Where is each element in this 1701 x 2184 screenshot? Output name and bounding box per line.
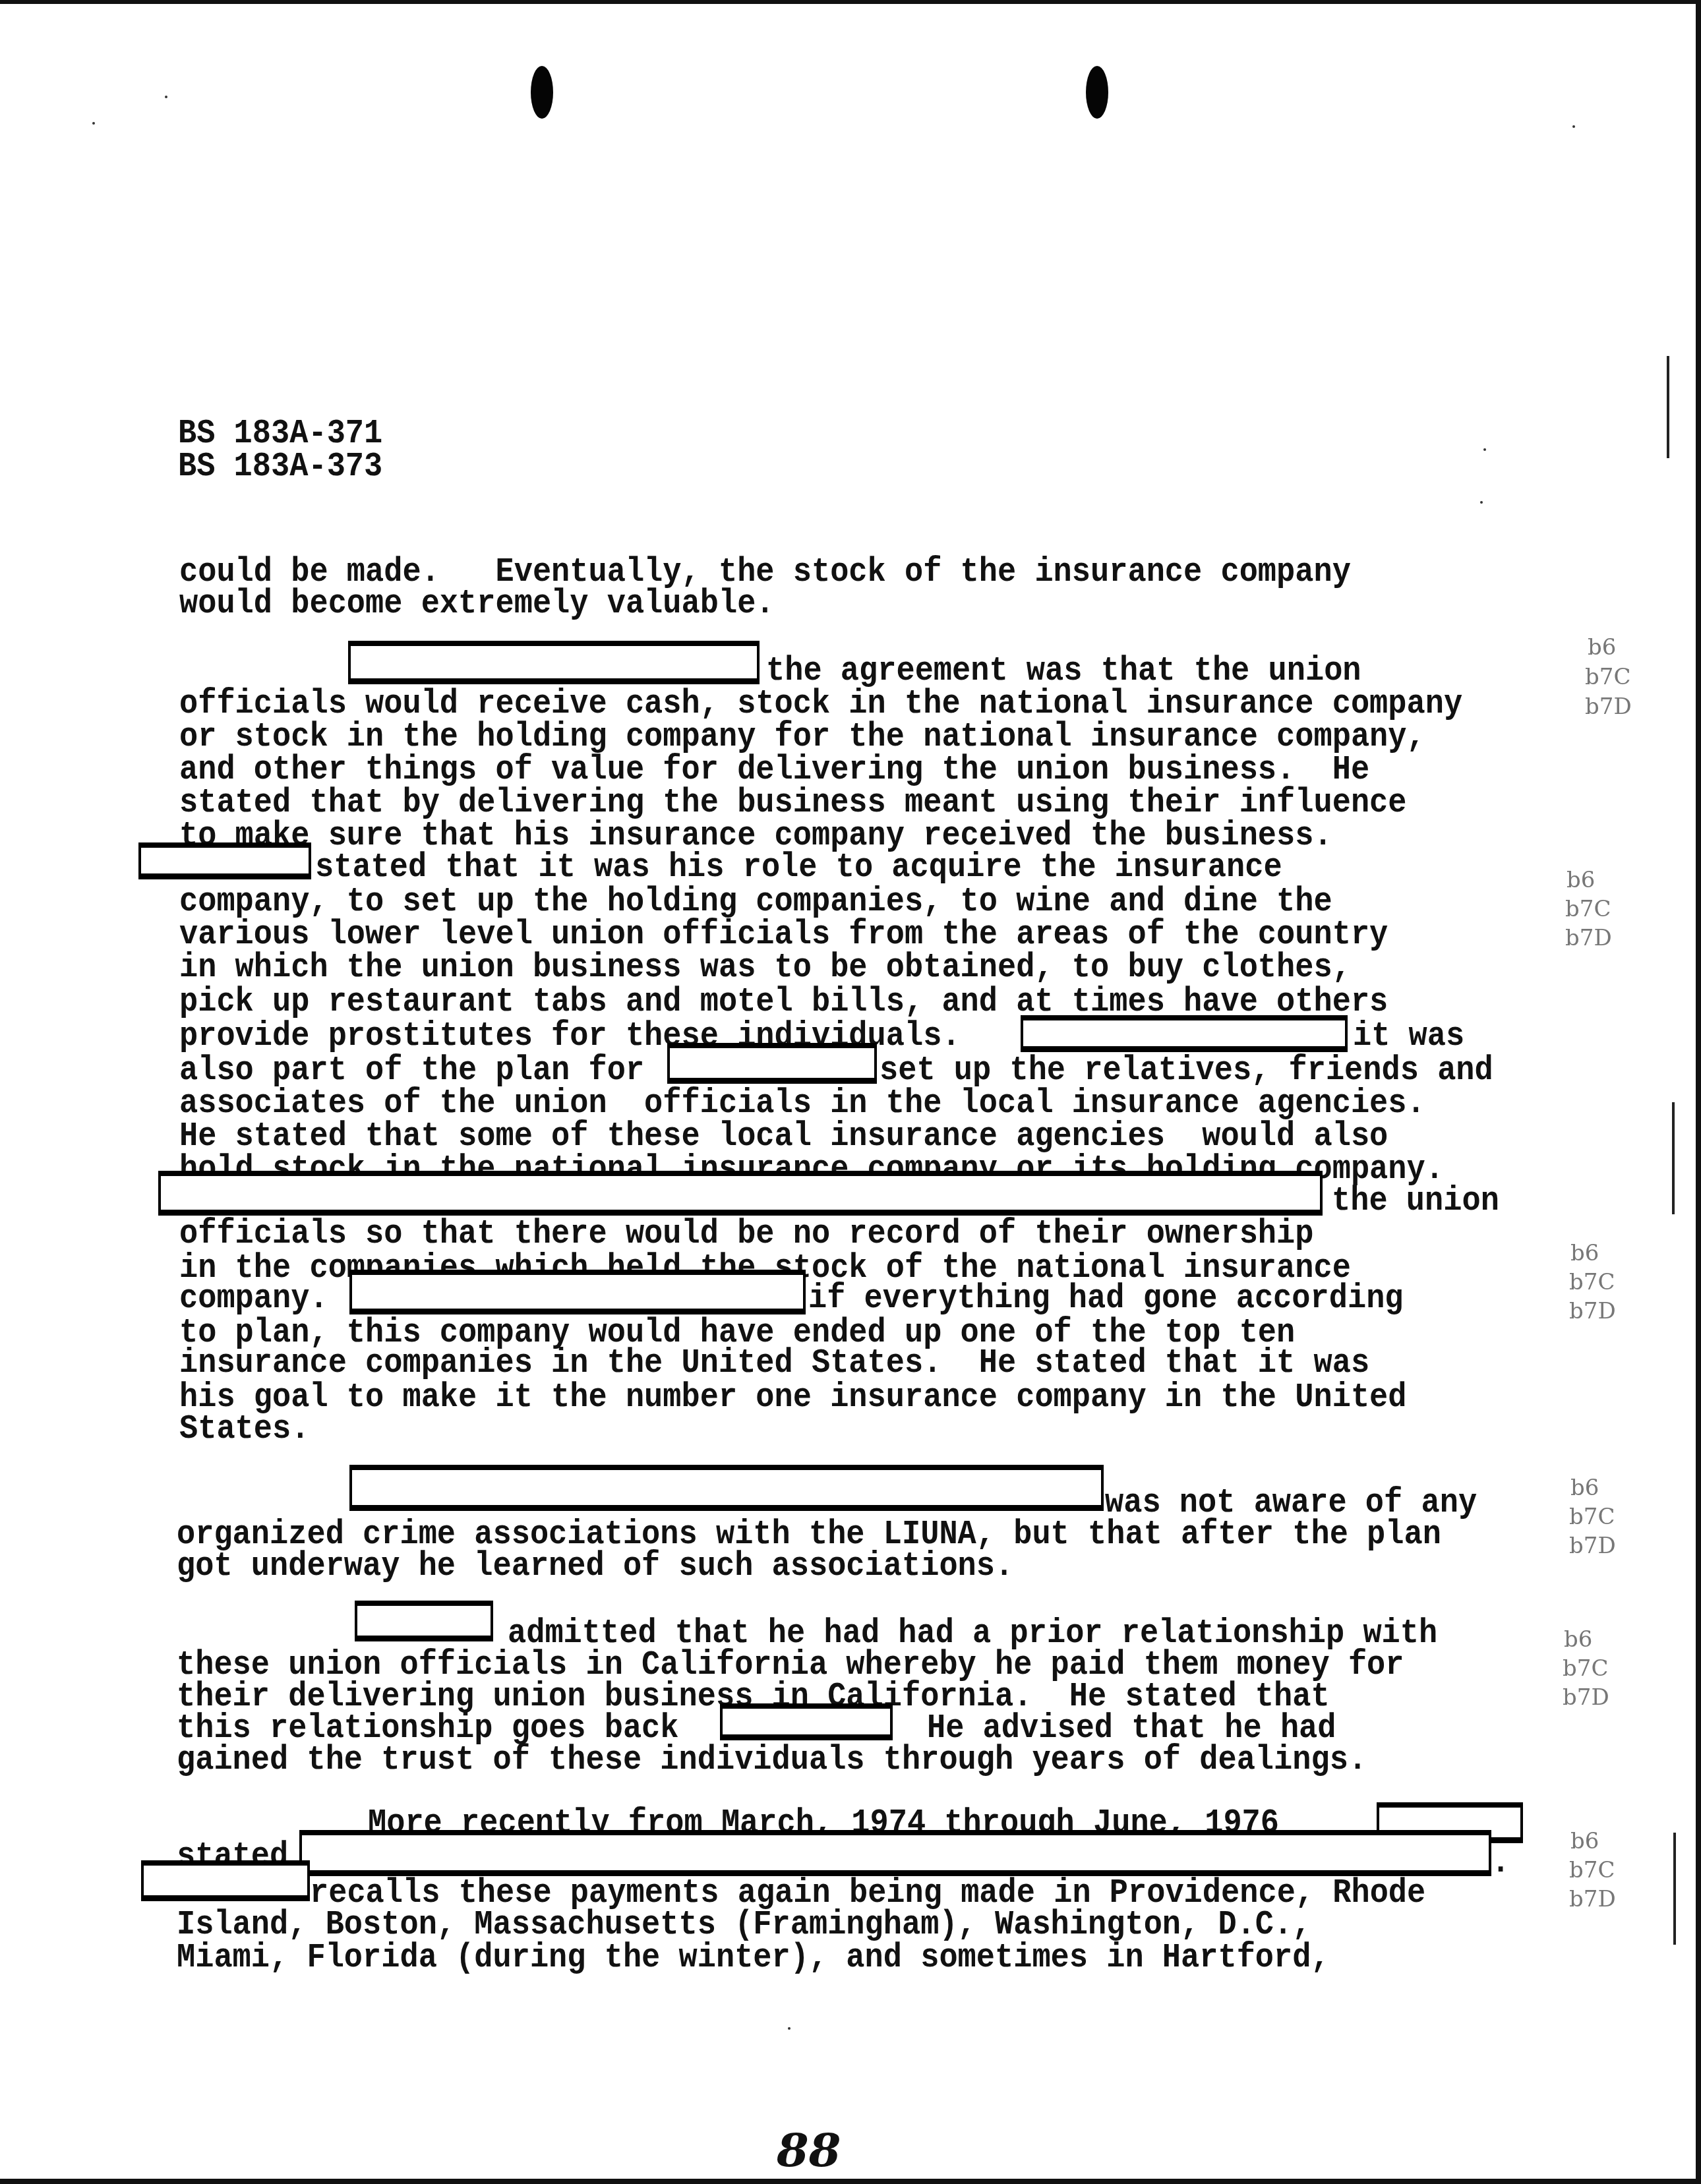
exemption-code: b7C bbox=[1569, 1271, 1615, 1293]
punch-hole-right bbox=[1086, 66, 1108, 119]
exemption-code: b7C bbox=[1563, 1657, 1608, 1680]
exemption-code: b6 bbox=[1570, 1477, 1599, 1499]
exemption-code: b6 bbox=[1570, 1830, 1599, 1852]
punch-hole-left bbox=[531, 66, 553, 119]
exemption-code: b6 bbox=[1588, 636, 1616, 659]
redaction-box bbox=[348, 641, 760, 684]
text-line: got underway he learned of such associat… bbox=[177, 1549, 1013, 1584]
document-page: BS 183A-371 BS 183A-373 could be made. E… bbox=[0, 0, 1701, 2184]
text-line: the union bbox=[1332, 1184, 1499, 1219]
exemption-code: b7C bbox=[1565, 898, 1611, 920]
text-line: or stock in the holding company for the … bbox=[179, 720, 1425, 755]
exemption-code: b6 bbox=[1567, 869, 1595, 891]
text-line: also part of the plan for bbox=[179, 1053, 644, 1088]
exemption-code: b7D bbox=[1563, 1686, 1609, 1709]
text-line: officials would receive cash, stock in t… bbox=[179, 687, 1462, 722]
exemption-code: b7C bbox=[1569, 1859, 1615, 1881]
file-number-2: BS 183A-373 bbox=[178, 450, 382, 485]
redaction-box bbox=[138, 842, 311, 879]
margin-mark bbox=[1672, 1102, 1675, 1214]
scan-speck bbox=[165, 96, 167, 98]
redaction-box bbox=[1021, 1015, 1348, 1052]
text-line: gained the trust of these individuals th… bbox=[177, 1743, 1367, 1778]
scan-speck bbox=[1483, 448, 1486, 451]
scan-edge-top bbox=[0, 0, 1701, 4]
text-line: the agreement was that the union bbox=[766, 654, 1361, 689]
scan-edge-right bbox=[1696, 0, 1701, 2184]
text-line: Miami, Florida (during the winter), and … bbox=[177, 1941, 1330, 1976]
redaction-box bbox=[141, 1860, 310, 1901]
margin-mark bbox=[1667, 356, 1669, 458]
exemption-code: b7C bbox=[1569, 1506, 1615, 1528]
text-line: company, to set up the holding companies… bbox=[179, 885, 1332, 920]
redaction-box bbox=[667, 1043, 877, 1084]
text-line: and other things of value for delivering… bbox=[179, 753, 1369, 788]
scan-edge-bottom bbox=[0, 2179, 1701, 2184]
text-line: if everything had gone according bbox=[808, 1282, 1404, 1316]
exemption-code: b7D bbox=[1569, 1888, 1616, 1910]
scan-speck bbox=[92, 122, 95, 125]
text-line: stated that it was his role to acquire t… bbox=[315, 850, 1282, 885]
exemption-code: b6 bbox=[1570, 1242, 1599, 1264]
redaction-box bbox=[720, 1703, 893, 1740]
page-number: 88 bbox=[777, 2123, 841, 2177]
exemption-code: b7D bbox=[1565, 927, 1612, 949]
text-line: He stated that some of these local insur… bbox=[179, 1119, 1388, 1154]
scan-speck bbox=[788, 2027, 791, 2030]
exemption-code: b7D bbox=[1585, 695, 1632, 718]
redaction-box bbox=[349, 1465, 1104, 1511]
text-line: States. bbox=[179, 1412, 309, 1447]
text-line: insurance companies in the United States… bbox=[179, 1346, 1369, 1381]
text-line: . bbox=[1491, 1846, 1510, 1881]
text-line: associates of the union officials in the… bbox=[179, 1086, 1425, 1121]
text-line: Island, Boston, Massachusetts (Framingha… bbox=[177, 1908, 1311, 1943]
redaction-box bbox=[349, 1270, 806, 1314]
text-line: officials so that there would be no reco… bbox=[179, 1217, 1313, 1252]
scan-speck bbox=[1480, 501, 1483, 504]
margin-mark bbox=[1673, 1833, 1676, 1945]
text-line: company. bbox=[179, 1282, 328, 1316]
redaction-box bbox=[158, 1171, 1323, 1216]
text-line: pick up restaurant tabs and motel bills,… bbox=[179, 985, 1388, 1020]
redaction-box bbox=[355, 1601, 493, 1641]
redaction-box bbox=[299, 1830, 1491, 1876]
exemption-code: b7C bbox=[1585, 666, 1630, 688]
exemption-code: b7D bbox=[1569, 1535, 1616, 1557]
text-line: stated that by delivering the business m… bbox=[179, 786, 1407, 821]
text-line: his goal to make it the number one insur… bbox=[179, 1380, 1407, 1415]
text-line: would become extremely valuable. bbox=[179, 587, 775, 622]
text-line: in which the union business was to be ob… bbox=[179, 951, 1351, 986]
text-line: set up the relatives, friends and bbox=[880, 1053, 1493, 1088]
scan-speck bbox=[1572, 125, 1575, 128]
text-line: various lower level union officials from… bbox=[179, 918, 1388, 953]
text-line: it was bbox=[1353, 1019, 1464, 1054]
exemption-code: b6 bbox=[1564, 1628, 1592, 1651]
file-number-1: BS 183A-371 bbox=[178, 417, 382, 452]
exemption-code: b7D bbox=[1569, 1300, 1616, 1322]
